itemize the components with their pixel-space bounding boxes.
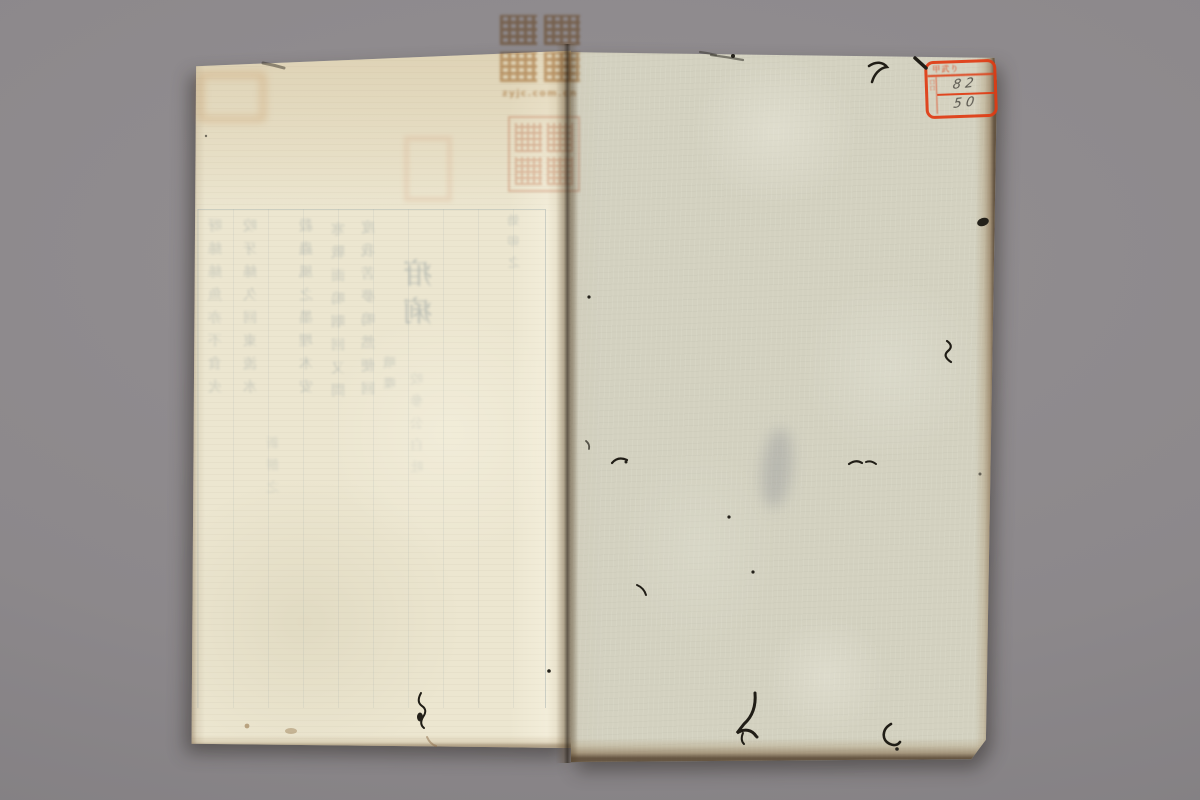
faint-seal-impression [404, 136, 452, 202]
library-accession-stamp: 甲武り 口口 82 50 [924, 59, 998, 119]
bleedthrough-column-frame [197, 209, 546, 708]
watermark-glyph-grid [493, 13, 587, 84]
watermark-seal-character [544, 52, 581, 82]
watermark-seal-character [500, 15, 537, 45]
stamp-number-1: 82 [952, 75, 978, 93]
photo-stage: 効卯之疳痢哦喋度我苦夢鳴然便回寒戰面嗚咽回又問殺蟲風之墨埋木安咬牙絲久回東流水呀… [0, 0, 1200, 800]
website-watermark-seal: zyjc.com.cn [493, 13, 587, 99]
corner-seal-stain [198, 72, 266, 122]
stamp-body: 口口 82 50 [928, 75, 995, 114]
watermark-seal-character [500, 52, 537, 82]
watermark-seal-character [544, 15, 581, 45]
watermark-url-text: zyjc.com.cn [493, 89, 587, 99]
right-page-wrap [571, 45, 997, 762]
right-page-paper [571, 45, 997, 762]
stamp-row-1: 82 [937, 75, 995, 95]
stamp-number-2: 50 [953, 95, 979, 113]
seal-glyph-block [515, 157, 542, 186]
stamp-row-2: 50 [937, 93, 995, 113]
book-gutter-shadow [556, 44, 578, 763]
seal-glyph-block [515, 123, 542, 152]
